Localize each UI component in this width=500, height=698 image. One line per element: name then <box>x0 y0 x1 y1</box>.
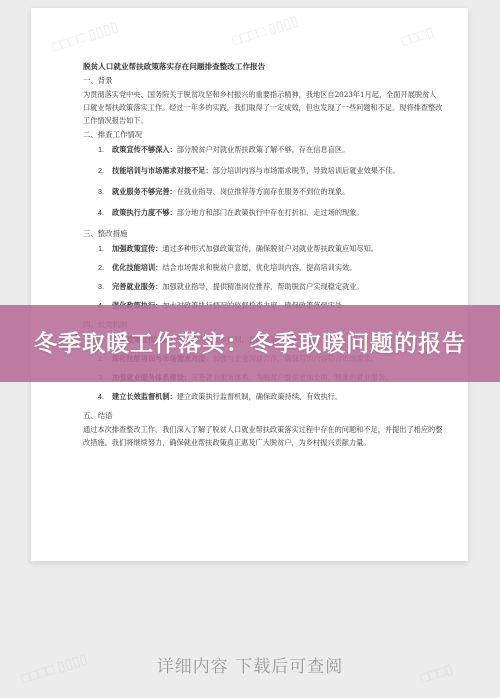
list-item: 3.完善就业服务：加强就业指导，提供精准岗位推荐，帮助脱贫户实现稳定就业。 <box>83 280 443 293</box>
download-notice: 详细内容 下载后可查阅 <box>0 652 500 677</box>
section-heading-conclusion: 五、结语 <box>83 409 443 422</box>
list-item: 1.加强政策宣传：通过多种形式加强政策宣传，确保脱贫户对就业帮扶政策应知尽知。 <box>83 242 443 255</box>
measures-list: 1.加强政策宣传：通过多种形式加强政策宣传，确保脱贫户对就业帮扶政策应知尽知。 … <box>83 242 443 312</box>
item-text: 在就业指导、岗位推荐等方面存在服务不到位的现象。 <box>177 187 350 196</box>
item-label: 建立长效监督机制： <box>112 392 177 401</box>
banner-title: 冬季取暖工作落实：冬季取暖问题的报告 <box>30 329 470 359</box>
item-text: 部分脱贫户对就业帮扶政策了解不够，存在信息盲区。 <box>177 145 350 154</box>
item-label: 就业服务不够完善： <box>112 187 177 196</box>
item-text: 通过多种形式加强政策宣传，确保脱贫户对就业帮扶政策应知尽知。 <box>162 244 378 253</box>
item-text: 结合市场需求和脱贫户意愿，优化培训内容，提高培训实效。 <box>162 263 356 272</box>
title-banner: 冬季取暖工作落实：冬季取暖问题的报告 <box>0 305 500 382</box>
investigation-list: 1.政策宣传不够深入：部分脱贫户对就业帮扶政策了解不够，存在信息盲区。 2.技能… <box>83 143 443 219</box>
list-item: 3.就业服务不够完善：在就业指导、岗位推荐等方面存在服务不到位的现象。 <box>83 185 443 198</box>
item-number: 3. <box>98 280 112 293</box>
list-item: 4.政策执行力度不够：部分地方和部门在政策执行中存在打折扣、走过场的现象。 <box>83 206 443 219</box>
item-label: 加强政策宣传： <box>112 244 162 253</box>
item-number: 1. <box>98 143 112 156</box>
list-item: 1.政策宣传不够深入：部分脱贫户对就业帮扶政策了解不够，存在信息盲区。 <box>83 143 443 156</box>
list-item: 4.建立长效监督机制：建立政策执行监督机制，确保政策持续、有效执行。 <box>83 390 443 403</box>
item-number: 4. <box>98 206 112 219</box>
item-label: 政策执行力度不够： <box>112 208 177 217</box>
section-heading-measures: 三、整改措施 <box>83 227 443 240</box>
item-label: 完善就业服务： <box>112 282 162 291</box>
item-number: 3. <box>98 185 112 198</box>
document-body: 脱贫人口就业帮扶政策落实存在问题排查整改工作报告 一、背景 为贯彻落实党中央、国… <box>83 60 443 449</box>
item-number: 2. <box>98 164 112 177</box>
item-text: 部分培训内容与市场需求脱节，导致培训后就业效果不佳。 <box>213 166 400 175</box>
item-number: 1. <box>98 242 112 255</box>
document-page: □□□□ ▯▯▯▯ □□□□ ▯▯▯▯ □□□▯ 脱贫人口就业帮扶政策落实存在问… <box>31 8 468 561</box>
list-item: 2.优化技能培训：结合市场需求和脱贫户意愿，优化培训内容，提高培训实效。 <box>83 261 443 274</box>
item-text: 建立政策执行监督机制，确保政策持续、有效执行。 <box>177 392 342 401</box>
conclusion-paragraph: 通过本次排查整改工作，我们深入了解了脱贫人口就业帮扶政策落实过程中存在的问题和不… <box>83 423 443 449</box>
section-heading-background: 一、背景 <box>83 74 443 87</box>
list-item: 2.技能培训与市场需求对接不足：部分培训内容与市场需求脱节，导致培训后就业效果不… <box>83 164 443 177</box>
item-number: 4. <box>98 390 112 403</box>
item-label: 政策宣传不够深入： <box>112 145 177 154</box>
section-heading-investigation: 二、排查工作情况 <box>83 128 443 141</box>
item-text: 部分地方和部门在政策执行中存在打折扣、走过场的现象。 <box>177 208 364 217</box>
item-label: 技能培训与市场需求对接不足： <box>112 166 213 175</box>
item-number: 2. <box>98 261 112 274</box>
background-paragraph: 为贯彻落实党中央、国务院关于脱贫攻坚和乡村振兴的重要指示精神，我地区自2023年… <box>83 88 443 127</box>
document-title: 脱贫人口就业帮扶政策落实存在问题排查整改工作报告 <box>83 60 443 73</box>
watermark: □□□□ ▯▯▯▯ <box>50 18 120 55</box>
item-text: 加强就业指导，提供精准岗位推荐，帮助脱贫户实现稳定就业。 <box>162 282 363 291</box>
watermark: □□□▯ <box>399 23 436 49</box>
item-label: 优化技能培训： <box>112 263 162 272</box>
watermark: □□□□ ▯▯▯▯ <box>230 12 300 49</box>
